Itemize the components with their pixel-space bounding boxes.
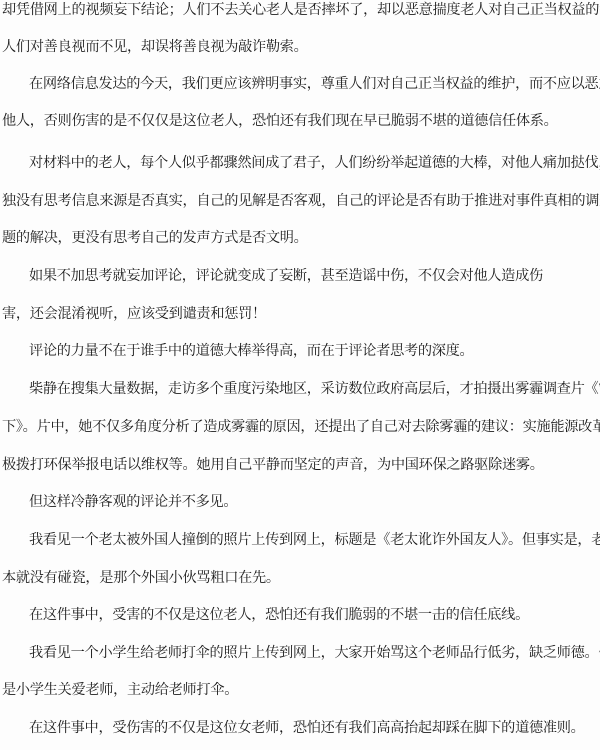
text-line: 对材料中的老人，每个人似乎都骤然间成了君子，人们纷纷举起道德的大棒，对他人痛加挞… bbox=[29, 153, 600, 173]
text-line: 我看见一个小学生给老师打伞的照片上传到网上，大家开始骂这个老师品行低劣，缺乏师德… bbox=[29, 643, 600, 663]
text-line: 在这件事中，受伤害的不仅是这位女老师，恐怕还有我们高高抬起却踩在脚下的道德准则。 bbox=[29, 718, 585, 738]
text-line: 极拨打环保举报电话以维权等。她用自己平静而坚定的声音，为中国环保之路驱除迷雾。 bbox=[2, 455, 544, 475]
text-line: 本就没有碰瓷，是那个外国小伙骂粗口在先。 bbox=[2, 568, 280, 588]
text-line: 在网络信息发达的今天，我们更应该辨明事实，尊重人们对自己正当权益的维护，而不应以… bbox=[29, 74, 600, 94]
text-line: 他人，否则伤害的是不仅仅是这位老人，恐怕还有我们现在早已脆弱不堪的道德信任体系。 bbox=[2, 111, 558, 131]
text-line: 我看见一个老太被外国人撞倒的照片上传到网上，标题是《老太讹诈外国友人》。但事实是… bbox=[29, 530, 600, 550]
text-line: 但这样冷静客观的评论并不多见。 bbox=[29, 492, 237, 512]
text-line: 柴静在搜集大量数据，走访多个重度污染地区，采访数位政府高层后，才拍摄出雾霾调查片… bbox=[29, 379, 600, 399]
text-line: 却凭借网上的视频妄下结论；人们不去关心老人是否摔坏了，却以恶意揣度老人对自己正当… bbox=[2, 0, 600, 20]
text-line: 在这件事中，受害的不仅是这位老人，恐怕还有我们脆弱的不堪一击的信任底线。 bbox=[29, 605, 529, 625]
text-line: 评论的力量不在于谁手中的道德大棒举得高，而在于评论者思考的深度。 bbox=[29, 341, 473, 361]
text-line: 独没有思考信息来源是否真实，自己的见解是否客观，自己的评论是否有助于推进对事件真… bbox=[2, 191, 600, 211]
text-line: 是小学生关爱老师，主动给老师打伞。 bbox=[2, 680, 238, 700]
text-line: 下》。片中，她不仅多角度分析了造成雾霾的原因，还提出了自己对去除雾霾的建议：实施… bbox=[2, 417, 600, 437]
text-line: 题的解决，更没有思考自己的发声方式是否文明。 bbox=[2, 228, 308, 248]
text-line: 人们对善良视而不见，却误将善良视为敲诈勒索。 bbox=[2, 37, 308, 57]
document-page: 却凭借网上的视频妄下结论；人们不去关心老人是否摔坏了，却以恶意揣度老人对自己正当… bbox=[0, 0, 600, 750]
text-line: 害，还会混淆视听，应该受到谴责和惩罚！ bbox=[2, 304, 266, 324]
text-line: 如果不加思考就妄加评论，评论就变成了妄断，甚至造谣中伤，不仅会对他人造成伤 bbox=[29, 266, 543, 286]
